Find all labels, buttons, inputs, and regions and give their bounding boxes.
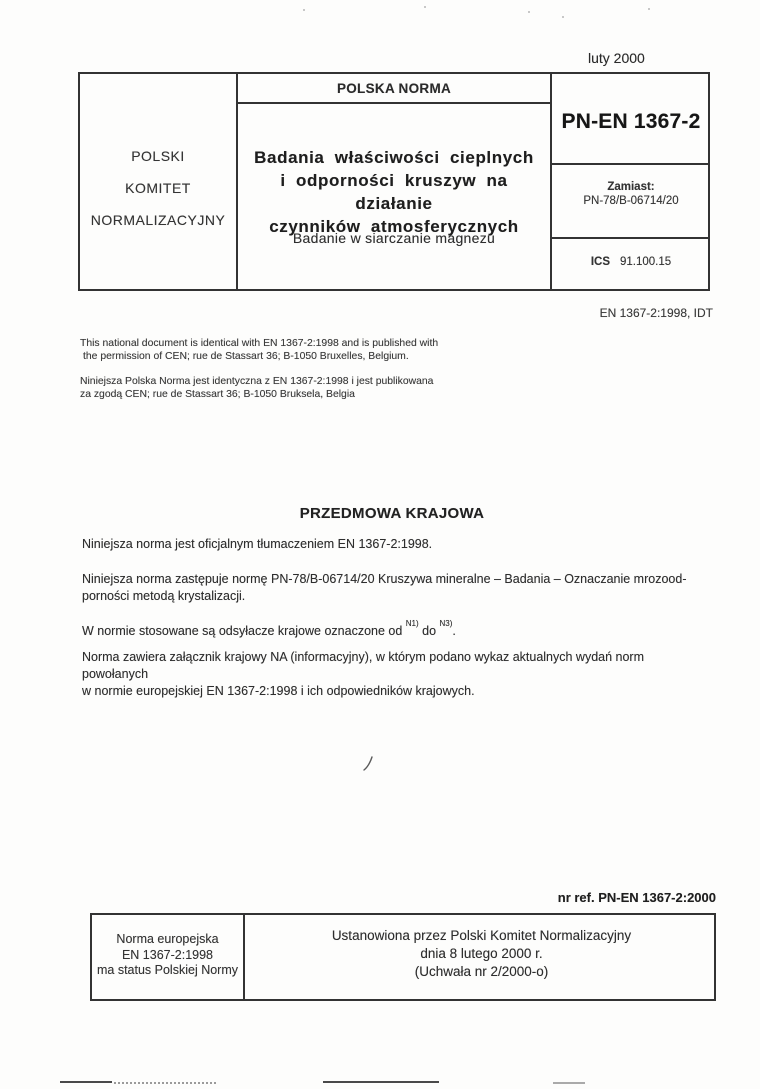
foreword-heading: PRZEDMOWA KRAJOWA (82, 505, 702, 522)
standard-title-line: Badania właściwości cieplnych (238, 146, 550, 169)
standard-title: Badania właściwości cieplnych i odpornoś… (238, 146, 550, 238)
scan-noise-dot (303, 9, 305, 11)
foreword-paragraph-3: W normie stosowane są odsyłacze krajowe … (82, 619, 712, 640)
establishment-line: (Uchwała nr 2/2000-o) (245, 963, 718, 981)
status-line: ma status Polskiej Normy (92, 963, 243, 979)
replaces-value: PN-78/B-06714/20 (552, 194, 710, 208)
replaces-block: Zamiast: PN-78/B-06714/20 (552, 180, 710, 208)
standard-title-line: i odporności kruszyw na działanie (238, 169, 550, 215)
establishment-statement: Ustanowiona przez Polski Komitet Normali… (245, 927, 718, 981)
committee-name: POLSKI KOMITET NORMALIZACYJNY (80, 140, 236, 236)
paragraph-text: . (452, 624, 455, 638)
page-edge-scan-line (60, 1081, 112, 1083)
ics-block: ICS91.100.15 (552, 256, 710, 268)
paragraph-line: Norma zawiera załącznik krajowy NA (info… (82, 649, 712, 683)
polish-copyright-notice: Niniejsza Polska Norma jest identyczna z… (80, 375, 433, 401)
scan-noise-dot (424, 6, 426, 8)
status-line: Norma europejska (92, 932, 243, 948)
paragraph-text: W normie stosowane są odsyłacze krajowe … (82, 624, 406, 638)
scan-noise-dot (648, 8, 650, 10)
page-edge-scan-line (553, 1082, 585, 1084)
european-norm-status: Norma europejska EN 1367-2:1998 ma statu… (92, 932, 243, 979)
page-edge-scan-line (114, 1082, 216, 1084)
page-edge-scan-line (323, 1081, 439, 1083)
status-line: EN 1367-2:1998 (92, 948, 243, 964)
committee-line: KOMITET (80, 172, 236, 204)
establishment-line: Ustanowiona przez Polski Komitet Normali… (245, 927, 718, 945)
norm-type-label: POLSKA NORMA (236, 81, 552, 96)
foreword-paragraph-1: Niniejsza norma jest oficjalnym tłumacze… (82, 536, 712, 553)
table-divider (550, 163, 708, 165)
table-divider (236, 102, 552, 104)
reference-number: nr ref. PN-EN 1367-2:2000 (558, 890, 716, 905)
scan-artifact-mark (362, 755, 376, 778)
ics-label: ICS (591, 256, 610, 268)
english-copyright-notice: This national document is identical with… (80, 337, 438, 363)
footer-table: Norma europejska EN 1367-2:1998 ma statu… (90, 913, 716, 1001)
notice-line: za zgodą CEN; rue de Stassart 36; B-1050… (80, 388, 433, 401)
establishment-line: dnia 8 lutego 2000 r. (245, 945, 718, 963)
paragraph-line: Niniejsza norma zastępuje normę PN-78/B-… (82, 571, 712, 588)
notice-line: This national document is identical with… (80, 337, 438, 350)
scan-noise-dot (562, 16, 564, 18)
standard-number: PN-EN 1367-2 (552, 110, 710, 134)
notice-line: Niniejsza Polska Norma jest identyczna z… (80, 375, 433, 388)
national-reference-sup: N3) (440, 619, 453, 628)
ics-value: 91.100.15 (620, 256, 671, 268)
standard-subtitle: Badanie w siarczanie magnezu (238, 230, 550, 246)
committee-line: POLSKI (80, 140, 236, 172)
paragraph-line: w normie europejskiej EN 1367-2:1998 i i… (82, 683, 712, 700)
committee-line: NORMALIZACYJNY (80, 204, 236, 236)
foreword-paragraph-4: Norma zawiera załącznik krajowy NA (info… (82, 649, 712, 700)
paragraph-line: porności metodą krystalizacji. (82, 588, 712, 605)
paragraph-text: do (419, 624, 440, 638)
scanned-standard-title-page: luty 2000 POLSKI KOMITET NORMALIZACYJNY … (0, 0, 760, 1089)
scan-noise-dot (528, 11, 530, 13)
replaces-label: Zamiast: (552, 180, 710, 194)
idt-reference: EN 1367-2:1998, IDT (600, 306, 713, 320)
standard-header-table: POLSKI KOMITET NORMALIZACYJNY POLSKA NOR… (78, 72, 710, 291)
table-divider (550, 237, 708, 239)
notice-line: the permission of CEN; rue de Stassart 3… (80, 350, 438, 363)
foreword-paragraph-2: Niniejsza norma zastępuje normę PN-78/B-… (82, 571, 712, 605)
issue-date: luty 2000 (588, 50, 645, 66)
national-reference-sup: N1) (406, 619, 419, 628)
